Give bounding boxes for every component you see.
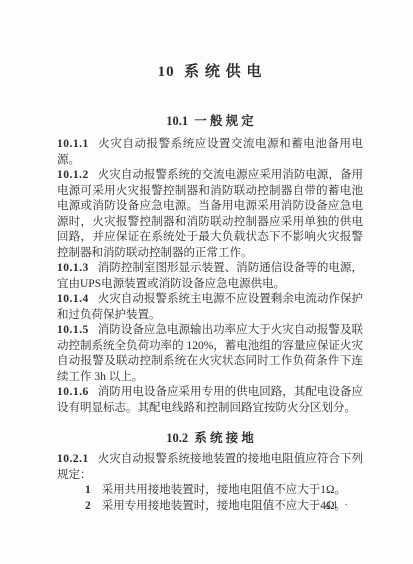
sub-item-number: 2 (85, 500, 91, 512)
clause-number: 10.1.1 (57, 138, 89, 150)
clause-text: 火灾自动报警系统主电源不应设置剩余电流动作保护和过负荷保护装置。 (57, 293, 363, 321)
clause-number: 10.2.1 (57, 453, 89, 465)
section-heading-10-2: 10.2 系 统 接 地 (57, 431, 363, 445)
clause-text: 消防控制室图形显示装置、消防通信设备等的电源，宜由UPS电源装置或消防设备应急电… (57, 262, 363, 290)
clause-10-1-6: 10.1.6消防用电设备应采用专用的供电回路，其配电设备应设有明显标志。其配电线… (57, 385, 363, 416)
clause-10-1-2: 10.1.2火灾自动报警系统的交流电源应采用消防电源，备用电源可采用火灾报警控制… (57, 168, 363, 261)
clause-number: 10.1.3 (57, 262, 89, 274)
sub-item-number: 1 (85, 484, 91, 496)
clause-number: 10.1.6 (57, 386, 89, 398)
page-number: · 41 · (315, 499, 350, 512)
clause-text: 消防用电设备应采用专用的供电回路，其配电设备应设有明显标志。其配电线路和控制回路… (57, 386, 363, 414)
clause-10-2-1: 10.2.1火灾自动报警系统接地装置的接地电阻值应符合下列规定： (57, 452, 363, 483)
clause-text: 消防设备应急电源输出功率应大于火灾自动报警及联动控制系统全负荷功率的 120%，… (57, 324, 363, 383)
clause-number: 10.1.2 (57, 169, 89, 181)
clause-number: 10.1.5 (57, 324, 89, 336)
document-page: 10 系 统 供 电 10.1 一 般 规 定 10.1.1火灾自动报警系统应设… (0, 0, 413, 564)
clause-text: 火灾自动报警系统的交流电源应采用消防电源，备用电源可采用火灾报警控制器和消防联动… (57, 169, 363, 259)
section-heading-10-1: 10.1 一 般 规 定 (57, 114, 363, 128)
clause-number: 10.1.4 (57, 293, 89, 305)
clause-10-1-4: 10.1.4火灾自动报警系统主电源不应设置剩余电流动作保护和过负荷保护装置。 (57, 292, 363, 323)
clause-text: 火灾自动报警系统应设置交流电源和蓄电池备用电源。 (57, 138, 363, 166)
clause-10-1-3: 10.1.3消防控制室图形显示装置、消防通信设备等的电源，宜由UPS电源装置或消… (57, 261, 363, 292)
sub-item-text: 采用专用接地装置时，接地电阻值不应大于4Ω。 (102, 500, 346, 512)
clause-text: 火灾自动报警系统接地装置的接地电阻值应符合下列规定： (57, 453, 363, 481)
sub-item-text: 采用共用接地装置时，接地电阻值不应大于1Ω。 (102, 484, 346, 496)
clause-10-1-1: 10.1.1火灾自动报警系统应设置交流电源和蓄电池备用电源。 (57, 137, 363, 168)
clause-10-1-5: 10.1.5消防设备应急电源输出功率应大于火灾自动报警及联动控制系统全负荷功率的… (57, 323, 363, 385)
sub-item-1: 1采用共用接地装置时，接地电阻值不应大于1Ω。 (57, 483, 363, 499)
text-block: 10 系 统 供 电 10.1 一 般 规 定 10.1.1火灾自动报警系统应设… (57, 0, 363, 514)
chapter-title: 10 系 统 供 电 (57, 64, 363, 80)
